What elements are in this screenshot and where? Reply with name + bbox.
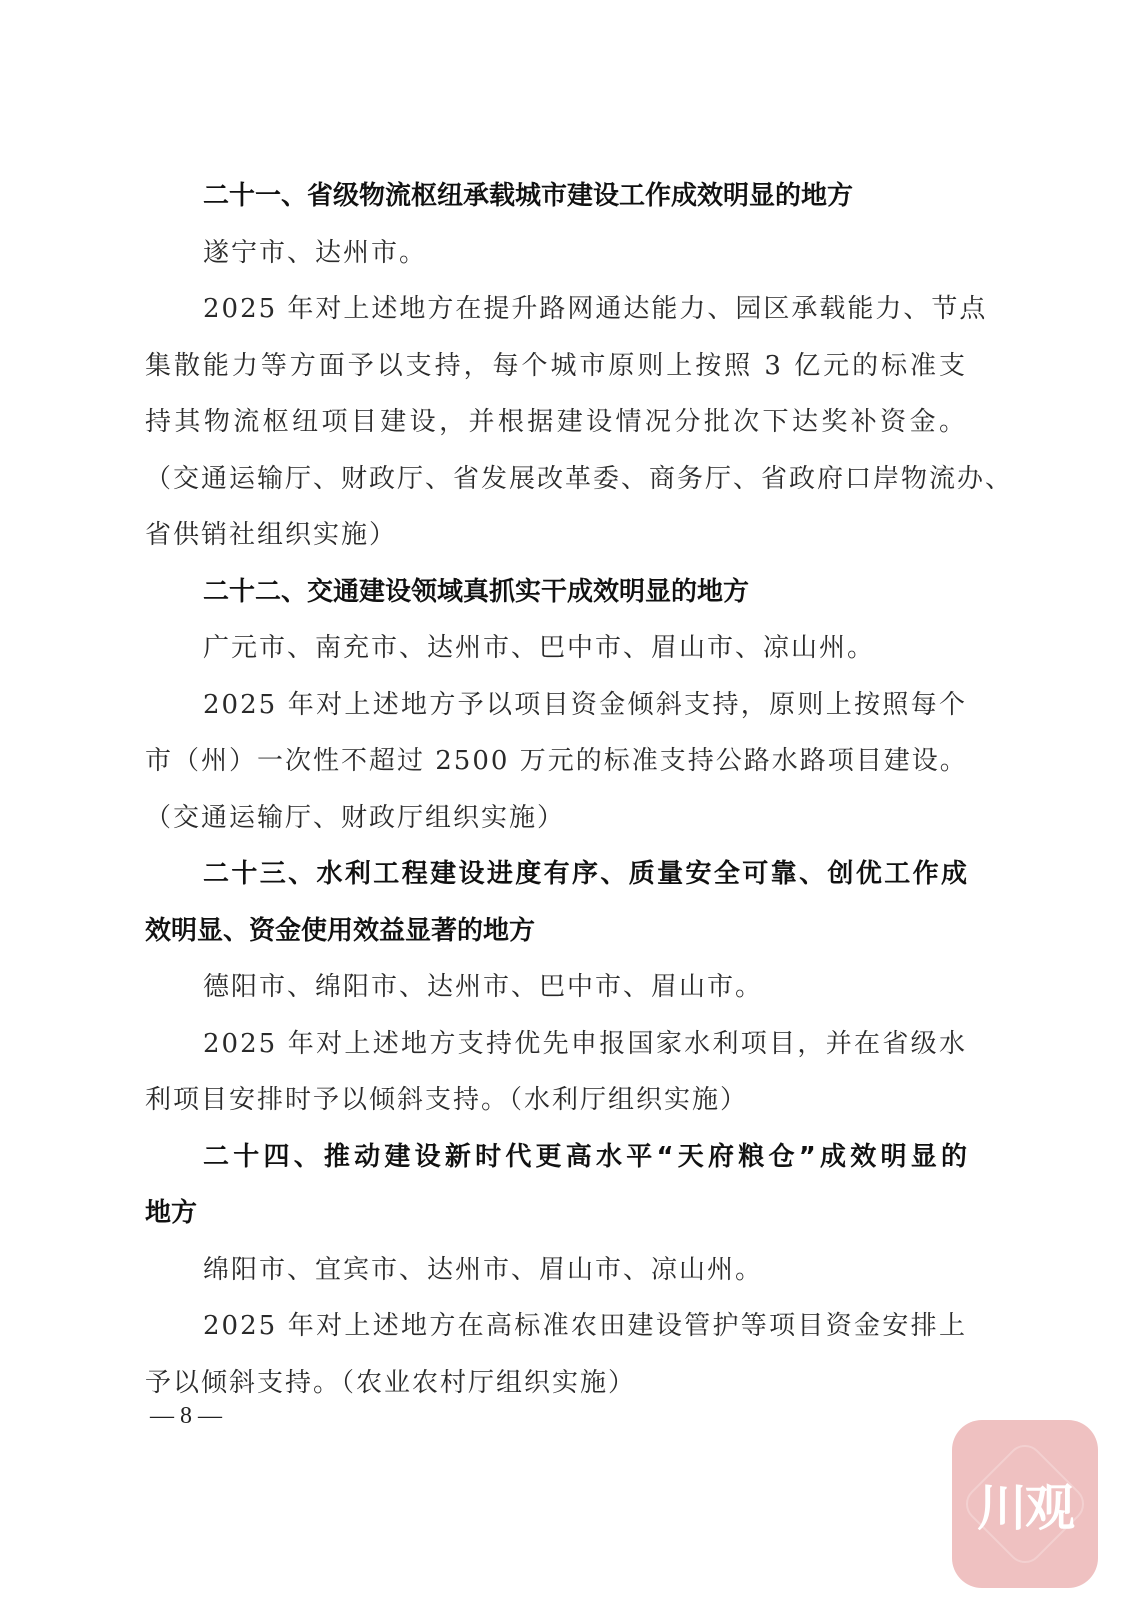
document-page: 二十一、省级物流枢纽承载城市建设工作成效明显的地方 遂宁市、达州市。 2025 … (145, 168, 967, 1411)
city-list: 绵阳市、宜宾市、达州市、眉山市、凉山州。 (145, 1242, 967, 1299)
body-text: 2025 年对上述地方支持优先申报国家水利项目，并在省级水 (145, 1016, 967, 1073)
section-heading: 地方 (145, 1185, 967, 1242)
body-text: （交通运输厅、财政厅、省发展改革委、商务厅、省政府口岸物流办、 (145, 451, 967, 508)
body-text: 省供销社组织实施） (145, 507, 967, 564)
body-text: （交通运输厅、财政厅组织实施） (145, 790, 967, 847)
section-heading: 二十二、交通建设领域真抓实干成效明显的地方 (145, 564, 967, 621)
section-heading: 二十三、水利工程建设进度有序、质量安全可靠、创优工作成 (145, 846, 967, 903)
section-heading: 二十一、省级物流枢纽承载城市建设工作成效明显的地方 (145, 168, 967, 225)
body-text: 2025 年对上述地方在高标准农田建设管护等项目资金安排上 (145, 1298, 967, 1355)
page-number: — 8 — (150, 1398, 222, 1434)
chuanguan-watermark-logo: 川观 (952, 1420, 1098, 1588)
city-list: 遂宁市、达州市。 (145, 225, 967, 282)
body-text: 予以倾斜支持。（农业农村厅组织实施） (145, 1355, 967, 1412)
city-list: 德阳市、绵阳市、达州市、巴中市、眉山市。 (145, 959, 967, 1016)
body-text: 集散能力等方面予以支持，每个城市原则上按照 3 亿元的标准支 (145, 338, 967, 395)
body-text: 持其物流枢纽项目建设，并根据建设情况分批次下达奖补资金。 (145, 394, 967, 451)
city-list: 广元市、南充市、达州市、巴中市、眉山市、凉山州。 (145, 620, 967, 677)
body-text: 2025 年对上述地方在提升路网通达能力、园区承载能力、节点 (145, 281, 967, 338)
body-text: 2025 年对上述地方予以项目资金倾斜支持，原则上按照每个 (145, 677, 967, 734)
body-text: 市（州）一次性不超过 2500 万元的标准支持公路水路项目建设。 (145, 733, 967, 790)
body-text: 利项目安排时予以倾斜支持。（水利厅组织实施） (145, 1072, 967, 1129)
section-heading: 二十四、推动建设新时代更高水平“天府粮仓”成效明显的 (145, 1129, 967, 1186)
watermark-text: 川观 (977, 1468, 1073, 1540)
section-heading: 效明显、资金使用效益显著的地方 (145, 903, 967, 960)
